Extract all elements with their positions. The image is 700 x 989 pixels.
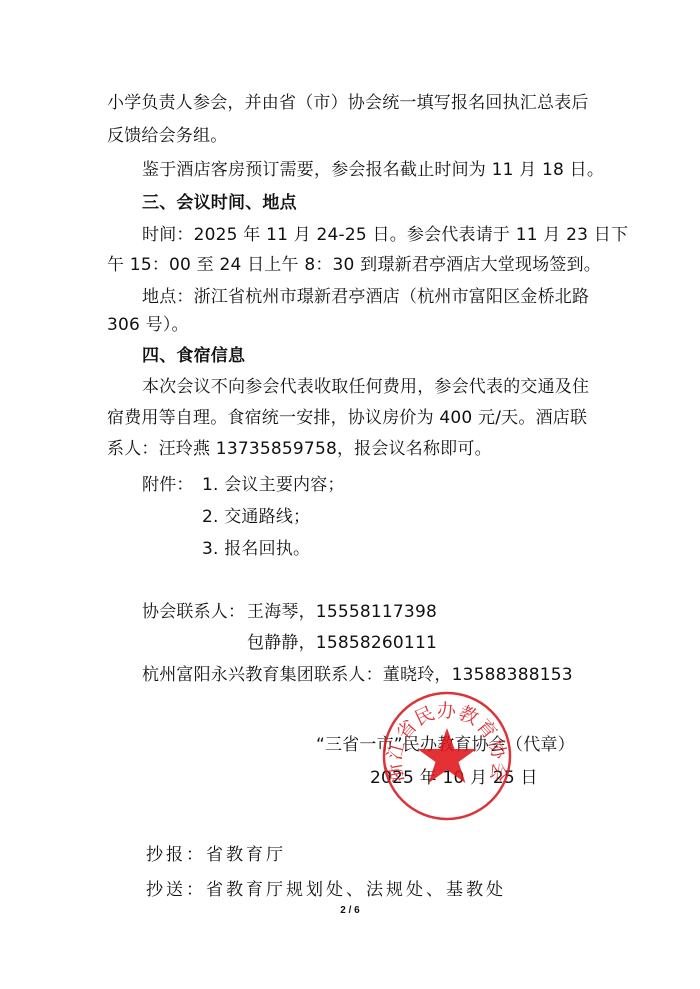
registration-deadline: 鉴于酒店客房预订需要，参会报名截止时间为 11 月 18 日。 [142,159,604,181]
signing-organization: “三省一市”民办教育协会（代章） [316,734,575,756]
meeting-time-continued: 午 15：00 至 24 日上午 8：30 到璟新君亭酒店大堂现场签到。 [107,254,601,276]
association-contact: 王海琴，15558117398 [247,601,437,623]
accommodation-text: 本次会议不向参会代表收取任何费用，参会代表的交通及住 [142,376,589,398]
paragraph-line: 小学负责人参会，并由省（市）协会统一填写报名回执汇总表后 [107,92,589,114]
paragraph-line: 反馈给会务组。 [107,125,227,147]
section-heading-accommodation: 四、食宿信息 [142,345,245,367]
copy-to: 抄送：省教育厅规划处、法规处、基教处 [146,879,506,901]
meeting-place: 地点：浙江省杭州市璟新君亭酒店（杭州市富阳区金桥北路 [142,286,589,308]
accommodation-contact: 系人：汪玲燕 13735859758，报会议名称即可。 [107,438,492,460]
report-to: 抄报：省教育厅 [146,844,286,866]
meeting-time: 时间：2025 年 11 月 24-25 日。参会代表请于 11 月 23 日下 [142,224,628,246]
document-page: 小学负责人参会，并由省（市）协会统一填写报名回执汇总表后 反馈给会务组。 鉴于酒… [0,0,700,989]
official-seal: 浙江省民办教育协会 [381,690,513,822]
accommodation-text: 宿费用等自理。食宿统一安排，协议房价为 400 元/天。酒店联 [107,407,587,429]
section-heading-time-place: 三、会议时间、地点 [142,192,297,214]
association-contact-label: 协会联系人： [142,601,245,623]
group-contact: 杭州富阳永兴教育集团联系人：董晓玲，13588388153 [142,664,573,686]
page-number: 2 / 6 [0,905,700,916]
attachment-item: 1. 会议主要内容； [202,474,345,496]
signing-date: 2025 年 10 月 25 日 [370,767,538,789]
association-contact: 包静静，15858260111 [247,632,437,654]
attachment-item: 3. 报名回执。 [202,538,310,560]
attachments-label: 附件： [142,474,194,496]
meeting-place-continued: 306 号）。 [107,314,189,336]
attachment-item: 2. 交通路线； [202,506,310,528]
